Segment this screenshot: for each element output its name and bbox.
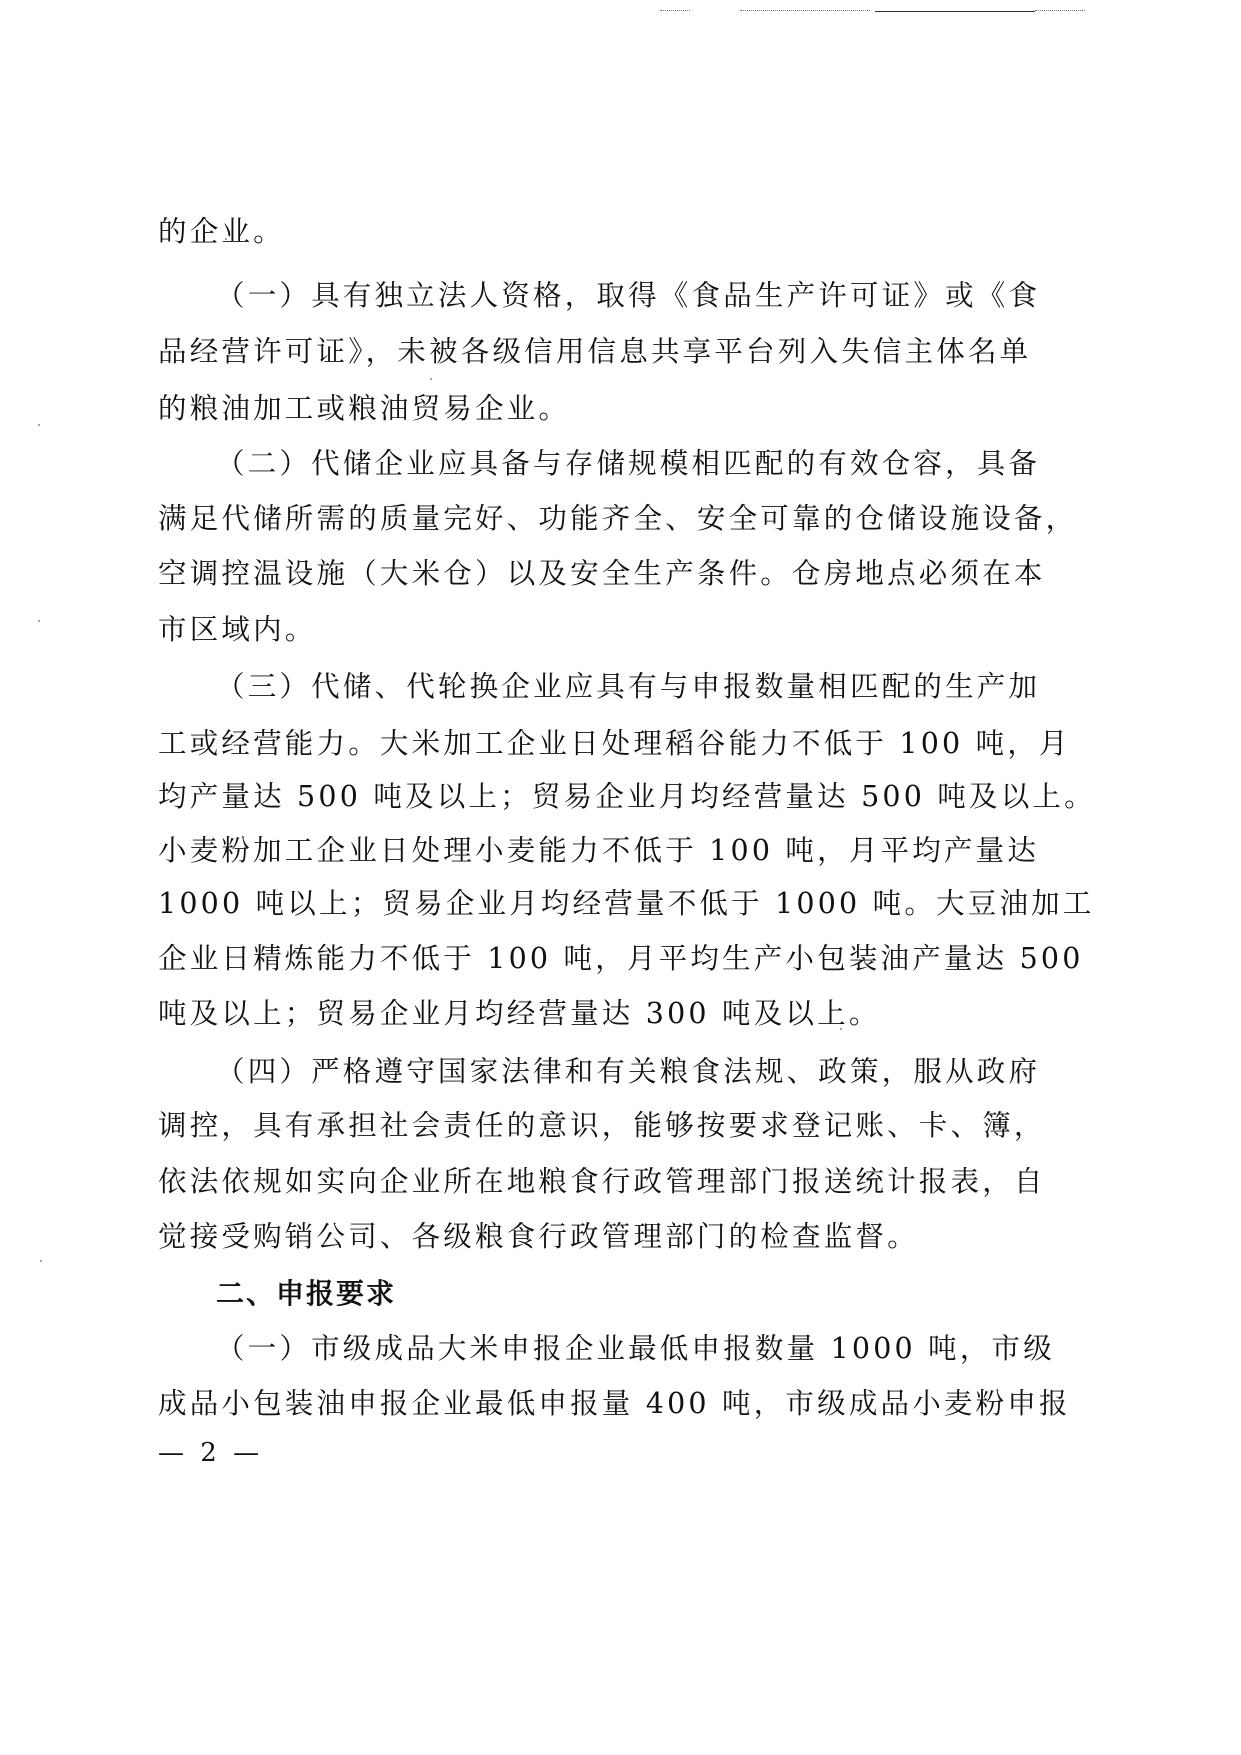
paragraph-line: （三）代储、代轮换企业应具有与申报数量相匹配的生产加 bbox=[216, 669, 1040, 705]
paragraph-line: 依法依规如实向企业所在地粮食行政管理部门报送统计报表，自 bbox=[158, 1164, 1046, 1200]
paragraph-line: 市区域内。 bbox=[158, 612, 317, 648]
paragraph-line: 品经营许可证》，未被各级信用信息共享平台列入失信主体名单 bbox=[158, 334, 1031, 370]
paragraph-line: 小麦粉加工企业日处理小麦能力不低于 100 吨，月平均产量达 bbox=[158, 833, 1039, 869]
paragraph-line: 成品小包装油申报企业最低申报量 400 吨，市级成品小麦粉申报 bbox=[158, 1386, 1071, 1422]
scan-speck bbox=[840, 1028, 842, 1030]
paragraph-line: （一）具有独立法人资格，取得《食品生产许可证》或《食 bbox=[216, 278, 1040, 314]
scan-speck bbox=[40, 1260, 42, 1262]
paragraph-line: 吨及以上；贸易企业月均经营量达 300 吨及以上。 bbox=[158, 996, 881, 1032]
paragraph-line: 调控，具有承担社会责任的意识，能够按要求登记账、卡、簿， bbox=[158, 1108, 1046, 1144]
page-number: — 2 — bbox=[158, 1438, 263, 1468]
scan-speck bbox=[38, 620, 40, 622]
scan-speck bbox=[990, 960, 992, 962]
scan-speck bbox=[225, 238, 227, 240]
paragraph-line: 觉接受购销公司、各级粮食行政管理部门的检查监督。 bbox=[158, 1219, 919, 1255]
scan-artifact-header bbox=[660, 10, 1080, 12]
section-heading: 二、申报要求 bbox=[216, 1276, 396, 1312]
paragraph-line: 满足代储所需的质量完好、功能齐全、安全可靠的仓储设施设备， bbox=[158, 501, 1077, 537]
scan-speck bbox=[38, 424, 40, 426]
paragraph-line: 企业日精炼能力不低于 100 吨，月平均生产小包装油产量达 500 bbox=[158, 941, 1084, 977]
paragraph-line: 的粮油加工或粮油贸易企业。 bbox=[158, 391, 570, 427]
paragraph-line: （四）严格遵守国家法律和有关粮食法规、政策，服从政府 bbox=[216, 1054, 1040, 1090]
paragraph-line: （一）市级成品大米申报企业最低申报数量 1000 吨，市级 bbox=[216, 1331, 1055, 1367]
paragraph-line: 1000 吨以上；贸易企业月均经营量不低于 1000 吨。大豆油加工 bbox=[158, 886, 1095, 922]
paragraph-line: 空调控温设施（大米仓）以及安全生产条件。仓房地点必须在本 bbox=[158, 556, 1046, 592]
paragraph-line: 工或经营能力。大米加工企业日处理稻谷能力不低于 100 吨，月 bbox=[158, 726, 1071, 762]
scan-speck bbox=[430, 378, 432, 380]
paragraph-line: （二）代储企业应具备与存储规模相匹配的有效仓容，具备 bbox=[216, 446, 1040, 482]
paragraph-line: 均产量达 500 吨及以上；贸易企业月均经营量达 500 吨及以上。 bbox=[158, 779, 1096, 815]
paragraph-line: 的企业。 bbox=[158, 214, 285, 250]
